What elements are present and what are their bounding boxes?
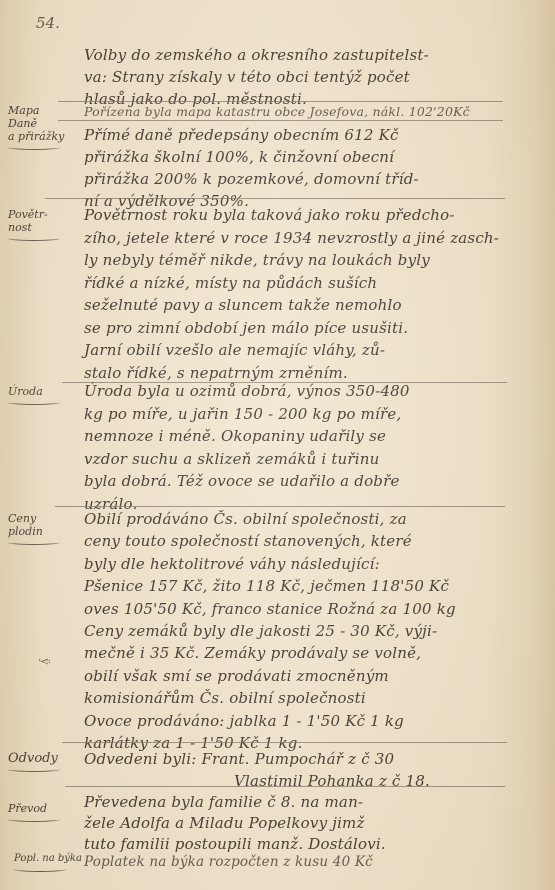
entry-line: Převedena byla familie č 8. na man- [84,792,484,813]
margin-label-text: Popl. na býka [14,853,82,864]
entry-line: Poplatek na býka rozpočten z kusu 40 Kč [84,853,484,871]
entry-line: tuto familii postoupili manž. Dostálovi. [84,834,484,855]
entry-line: přirážka školní 100%, k činžovní obecní [84,146,484,168]
entry-povetrnost: Povětrnost roku byla taková jako roku př… [84,204,484,384]
entry-line: Ovoce prodáváno: jablka 1 - 1'50 Kč 1 kg [84,710,484,732]
entry-line: Úroda byla u ozimů dobrá, výnos 350-480 [84,380,484,403]
entry-line: Obilí prodáváno Čs. obilní společnosti, … [84,508,484,530]
entry-line: va: Strany získaly v této obci tentýž po… [84,66,484,88]
section-divider [65,786,505,787]
entry-line: ceny touto společností stanovených, kter… [84,530,484,552]
entry-line: ly nebyly téměř nikde, trávy na loukách … [84,249,484,272]
stray-pencil-mark: ÿ [39,658,52,664]
entry-line: kg po míře, u jařin 150 - 200 kg po míře… [84,403,484,426]
entry-line: Přímé daně předepsány obecním 612 Kč [84,124,484,146]
entry-line: zího, jetele které v roce 1934 nevzrostl… [84,227,484,250]
entry-line: seželnuté pavy a sluncem takže nemohlo [84,294,484,317]
margin-label-text: Mapa [8,104,39,117]
entry-line: byly dle hektolitrové váhy následující: [84,553,484,575]
margin-label-dane: Daně a přirážky [8,117,80,150]
entry-line: Pořízena byla mapa katastru obce Josefov… [84,104,484,120]
margin-label-text: Úroda [8,385,43,398]
margin-label-poplatek: Popl. na býka [14,852,86,872]
margin-label-text: Ceny [8,512,36,525]
entry-line: vzdor suchu a sklizeň zemáků i tuřinu [84,448,484,471]
underline-flourish [8,540,60,545]
section-divider [58,101,503,102]
underline-flourish [8,236,60,241]
entry-line: Povětrnost roku byla taková jako roku př… [84,204,484,227]
entry-line: oves 105'50 Kč, franco stanice Rožná za … [84,598,484,620]
entry-mapa: Pořízena byla mapa katastru obce Josefov… [84,104,484,120]
margin-label-text: Odvody [8,751,58,766]
chronicle-page: 54. Volby do zemského a okresního zastup… [0,0,555,890]
page-number: 54. [36,14,60,32]
entry-line: řídké a nízké, místy na půdách suších [84,272,484,295]
section-divider [45,198,505,199]
section-divider [62,742,507,743]
entry-line: Vlastimil Pohanka z č 18. [84,770,484,792]
margin-label-uroda: Úroda [8,385,80,405]
entry-line: Jarní obilí vzešlo ale nemajíc vláhy, zů… [84,339,484,362]
margin-label-text: a přirážky [8,130,64,143]
section-divider [55,506,505,507]
margin-label-text: plodin [8,525,43,538]
underline-flourish [8,817,60,822]
margin-label-prevod: Převod [8,802,80,822]
section-divider [58,120,503,121]
margin-label-text: nost [8,221,32,234]
entry-line: Pšenice 157 Kč, žito 118 Kč, ječmen 118'… [84,575,484,597]
underline-flourish [8,400,60,405]
margin-label-mapa: Mapa [8,104,80,117]
entry-line: Ceny zemáků byly dle jakosti 25 - 30 Kč,… [84,620,484,642]
entry-line: nemnoze i méně. Okopaniny udařily se [84,425,484,448]
entry-line: Volby do zemského a okresního zastupitel… [84,44,484,66]
entry-line: Odvedeni byli: Frant. Pumpochář z č 30 [84,748,484,770]
entry-line: mečně i 35 Kč. Zemáky prodávaly se volně… [84,642,484,664]
underline-flourish [8,767,60,772]
margin-label-text: Povětr- [8,208,48,221]
entry-line: se pro zimní období jen málo píce usušit… [84,317,484,340]
entry-line: žele Adolfa a Miladu Popelkovy jimž [84,813,484,834]
margin-label-odvody: Odvody [8,752,80,772]
entry-ceny: Obilí prodáváno Čs. obilní společnosti, … [84,508,484,754]
entry-poplatek: Poplatek na býka rozpočten z kusu 40 Kč [84,853,484,871]
entry-line: byla dobrá. Též ovoce se udařilo a dobře [84,470,484,493]
margin-label-ceny: Ceny plodin [8,512,80,545]
margin-label-text: Převod [8,802,47,815]
underline-flourish [8,145,60,150]
margin-label-povetrnost: Povětr- nost [8,208,80,241]
margin-label-text: Daně [8,117,37,130]
entry-line: přirážka 200% k pozemkové, domovní tříd- [84,168,484,190]
underline-flourish [14,867,66,872]
entry-uroda: Úroda byla u ozimů dobrá, výnos 350-480 … [84,380,484,515]
entry-line: obilí však smí se prodávati zmocněným [84,665,484,687]
entry-prevod: Převedena byla familie č 8. na man- žele… [84,792,484,855]
entry-line: komisionářům Čs. obilní společnosti [84,687,484,709]
